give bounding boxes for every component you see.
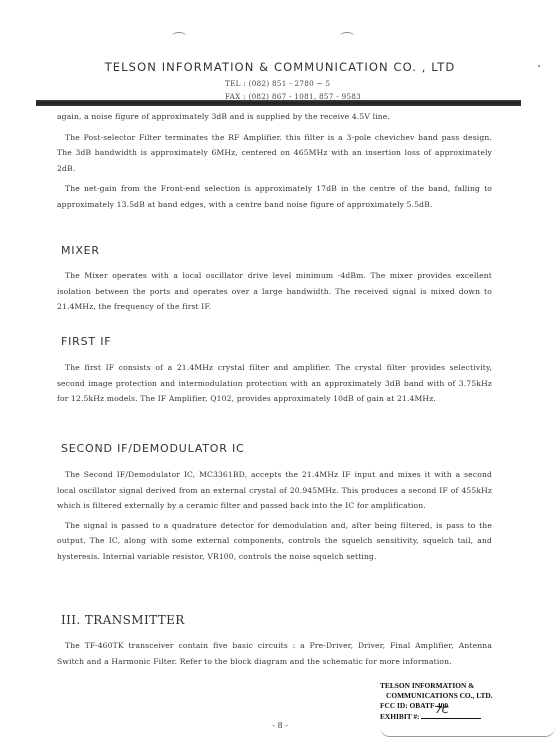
section-heading-first-if: FIRST IF: [61, 335, 111, 348]
exhibit-handwritten-value: 7C: [435, 706, 448, 716]
intro-paragraph-1: again, a noise figure of approximately 3…: [57, 109, 492, 125]
first-if-paragraph: The first IF consists of a 21.4MHz cryst…: [57, 360, 492, 407]
first-if-block: The first IF consists of a 21.4MHz cryst…: [57, 360, 492, 407]
punch-hole-mark-left: [172, 32, 186, 39]
transmitter-paragraph: The TF-460TK transceiver contain five ba…: [57, 638, 492, 669]
stamp-line-1: TELSON INFORMATION &: [380, 681, 555, 691]
stamp-exhibit-label: EXHIBIT #:: [380, 712, 420, 721]
letterhead-company: TELSON INFORMATION & COMMUNICATION CO. ,…: [0, 60, 560, 74]
letterhead-tel: TEL : (082) 851 - 2780 ~ 5: [225, 79, 330, 88]
second-if-block: The Second IF/Demodulator IC, MC3361BD, …: [57, 467, 492, 564]
punch-hole-mark-right: [340, 32, 354, 39]
stamp-fcc-id: FCC ID: OBATF-400: [380, 701, 555, 711]
section-heading-transmitter: III. TRANSMITTER: [61, 613, 185, 627]
intro-paragraph-3: The net-gain from the Front-end selectio…: [57, 181, 492, 212]
stamp-exhibit-row: EXHIBIT #: 7C: [380, 711, 555, 722]
section-heading-mixer: MIXER: [61, 244, 100, 257]
section-heading-second-if: SECOND IF/DEMODULATOR IC: [61, 442, 245, 455]
second-if-paragraph-1: The Second IF/Demodulator IC, MC3361BD, …: [57, 467, 492, 514]
mixer-block: The Mixer operates with a local oscillat…: [57, 268, 492, 315]
intro-block: again, a noise figure of approximately 3…: [57, 109, 492, 212]
fcc-exhibit-stamp: TELSON INFORMATION & COMMUNICATIONS CO.,…: [380, 681, 555, 737]
intro-paragraph-2: The Post-selector Filter terminates the …: [57, 130, 492, 177]
mixer-paragraph: The Mixer operates with a local oscillat…: [57, 268, 492, 315]
exhibit-signature-line: 7C: [421, 711, 481, 719]
stamp-line-2: COMMUNICATIONS CO., LTD.: [380, 691, 555, 701]
second-if-paragraph-2: The signal is passed to a quadrature det…: [57, 518, 492, 565]
transmitter-block: The TF-460TK transceiver contain five ba…: [57, 638, 492, 669]
letterhead-rule: [36, 100, 521, 106]
